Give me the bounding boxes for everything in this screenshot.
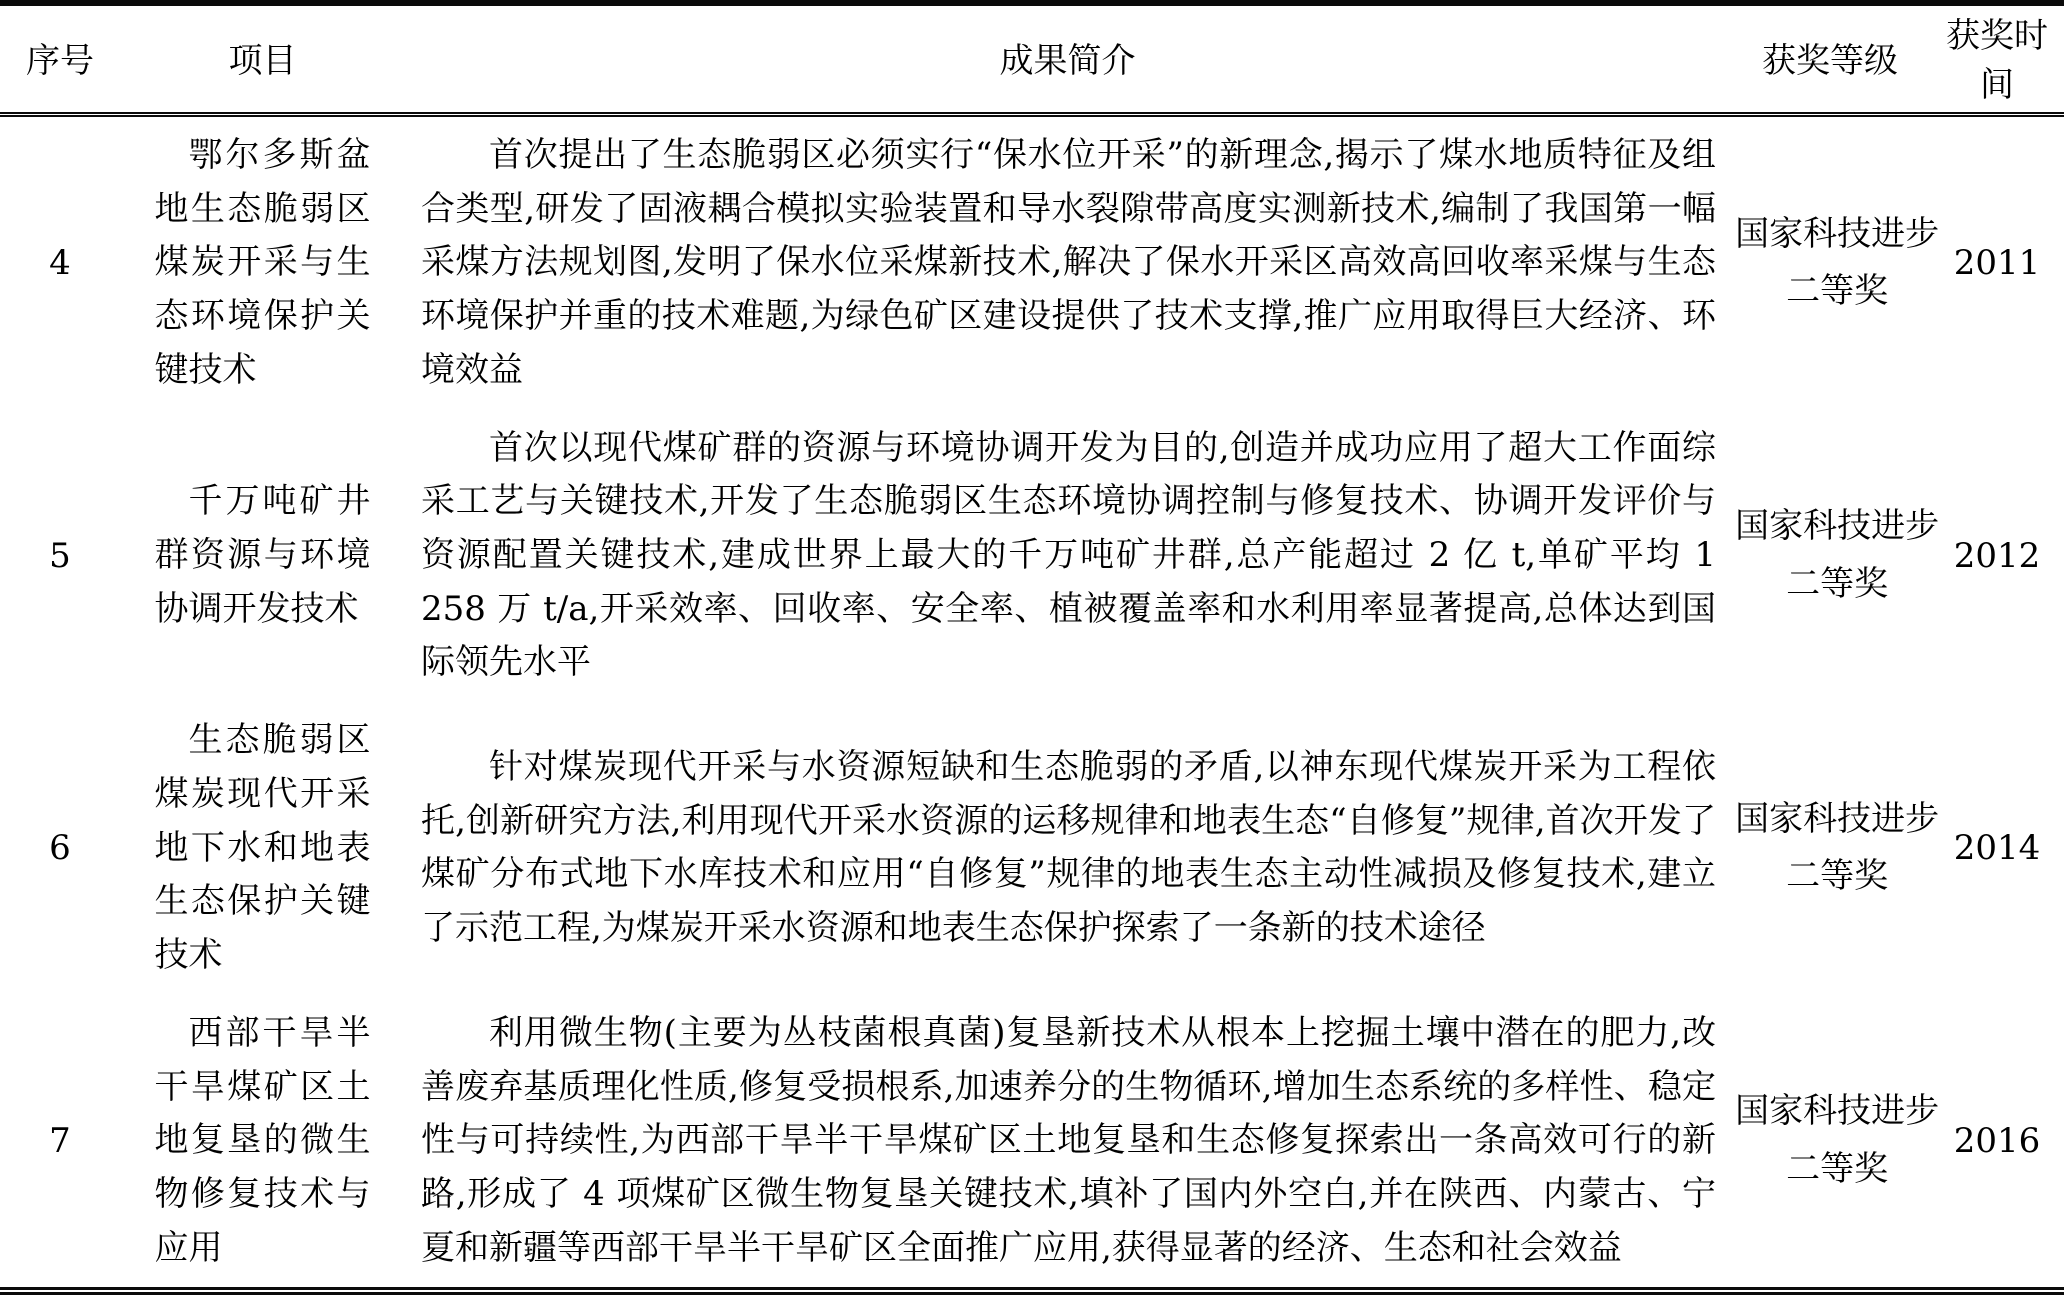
award-level-text: 国家科技进步二等奖 <box>1730 206 1944 322</box>
document-page: 序号 项目 成果简介 获奖等级 获奖时间 4 鄂尔多斯盆地生态脆弱区煤炭开采与生… <box>0 0 2064 1295</box>
summary-cell: 首次以现代煤矿群的资源与环境协调开发为目的,创造并成功应用了超大工作面综采工艺与… <box>405 410 1730 703</box>
award-level-cell: 国家科技进步二等奖 <box>1730 702 1930 995</box>
table-row: 7 西部干旱半干旱煤矿区土地复垦的微生物修复技术与应用 利用微生物(主要为丛枝菌… <box>0 995 2064 1292</box>
header-row: 序号 项目 成果简介 获奖等级 获奖时间 <box>0 3 2064 115</box>
project-cell: 千万吨矿井群资源与环境协调开发技术 <box>120 410 405 703</box>
project-cell: 西部干旱半干旱煤矿区土地复垦的微生物修复技术与应用 <box>120 995 405 1292</box>
summary-text: 首次以现代煤矿群的资源与环境协调开发为目的,创造并成功应用了超大工作面综采工艺与… <box>405 422 1730 691</box>
award-level-cell: 国家科技进步二等奖 <box>1730 995 1930 1292</box>
award-level-cell: 国家科技进步二等奖 <box>1730 410 1930 703</box>
project-cell: 生态脆弱区煤炭现代开采地下水和地表生态保护关键技术 <box>120 702 405 995</box>
award-year-cell: 2016 <box>1930 995 2064 1292</box>
header-summary: 成果简介 <box>405 3 1730 115</box>
serial-cell: 4 <box>0 115 120 410</box>
project-text: 千万吨矿井群资源与环境协调开发技术 <box>155 475 371 636</box>
award-level-text: 国家科技进步二等奖 <box>1730 1083 1944 1199</box>
summary-cell: 针对煤炭现代开采与水资源短缺和生态脆弱的矛盾,以神东现代煤炭开采为工程依托,创新… <box>405 702 1730 995</box>
project-text: 鄂尔多斯盆地生态脆弱区煤炭开采与生态环境保护关键技术 <box>155 129 371 398</box>
header-award-year: 获奖时间 <box>1930 3 2064 115</box>
award-level-cell: 国家科技进步二等奖 <box>1730 115 1930 410</box>
project-text: 生态脆弱区煤炭现代开采地下水和地表生态保护关键技术 <box>155 714 371 983</box>
serial-cell: 5 <box>0 410 120 703</box>
header-project: 项目 <box>120 3 405 115</box>
summary-cell: 首次提出了生态脆弱区必须实行“保水位开采”的新理念,揭示了煤水地质特征及组合类型… <box>405 115 1730 410</box>
summary-text: 首次提出了生态脆弱区必须实行“保水位开采”的新理念,揭示了煤水地质特征及组合类型… <box>405 129 1730 398</box>
serial-cell: 6 <box>0 702 120 995</box>
table-row: 4 鄂尔多斯盆地生态脆弱区煤炭开采与生态环境保护关键技术 首次提出了生态脆弱区必… <box>0 115 2064 410</box>
award-year-cell: 2014 <box>1930 702 2064 995</box>
award-level-text: 国家科技进步二等奖 <box>1730 498 1944 614</box>
award-year-cell: 2011 <box>1930 115 2064 410</box>
serial-cell: 7 <box>0 995 120 1292</box>
header-award-level: 获奖等级 <box>1730 3 1930 115</box>
table-row: 5 千万吨矿井群资源与环境协调开发技术 首次以现代煤矿群的资源与环境协调开发为目… <box>0 410 2064 703</box>
awards-table: 序号 项目 成果简介 获奖等级 获奖时间 4 鄂尔多斯盆地生态脆弱区煤炭开采与生… <box>0 0 2064 1295</box>
project-cell: 鄂尔多斯盆地生态脆弱区煤炭开采与生态环境保护关键技术 <box>120 115 405 410</box>
summary-text: 利用微生物(主要为丛枝菌根真菌)复垦新技术从根本上挖掘土壤中潜在的肥力,改善废弃… <box>405 1007 1730 1276</box>
award-level-text: 国家科技进步二等奖 <box>1730 791 1944 907</box>
header-serial: 序号 <box>0 3 120 115</box>
award-year-cell: 2012 <box>1930 410 2064 703</box>
table-row: 6 生态脆弱区煤炭现代开采地下水和地表生态保护关键技术 针对煤炭现代开采与水资源… <box>0 702 2064 995</box>
summary-text: 针对煤炭现代开采与水资源短缺和生态脆弱的矛盾,以神东现代煤炭开采为工程依托,创新… <box>405 741 1730 956</box>
summary-cell: 利用微生物(主要为丛枝菌根真菌)复垦新技术从根本上挖掘土壤中潜在的肥力,改善废弃… <box>405 995 1730 1292</box>
project-text: 西部干旱半干旱煤矿区土地复垦的微生物修复技术与应用 <box>155 1007 371 1276</box>
